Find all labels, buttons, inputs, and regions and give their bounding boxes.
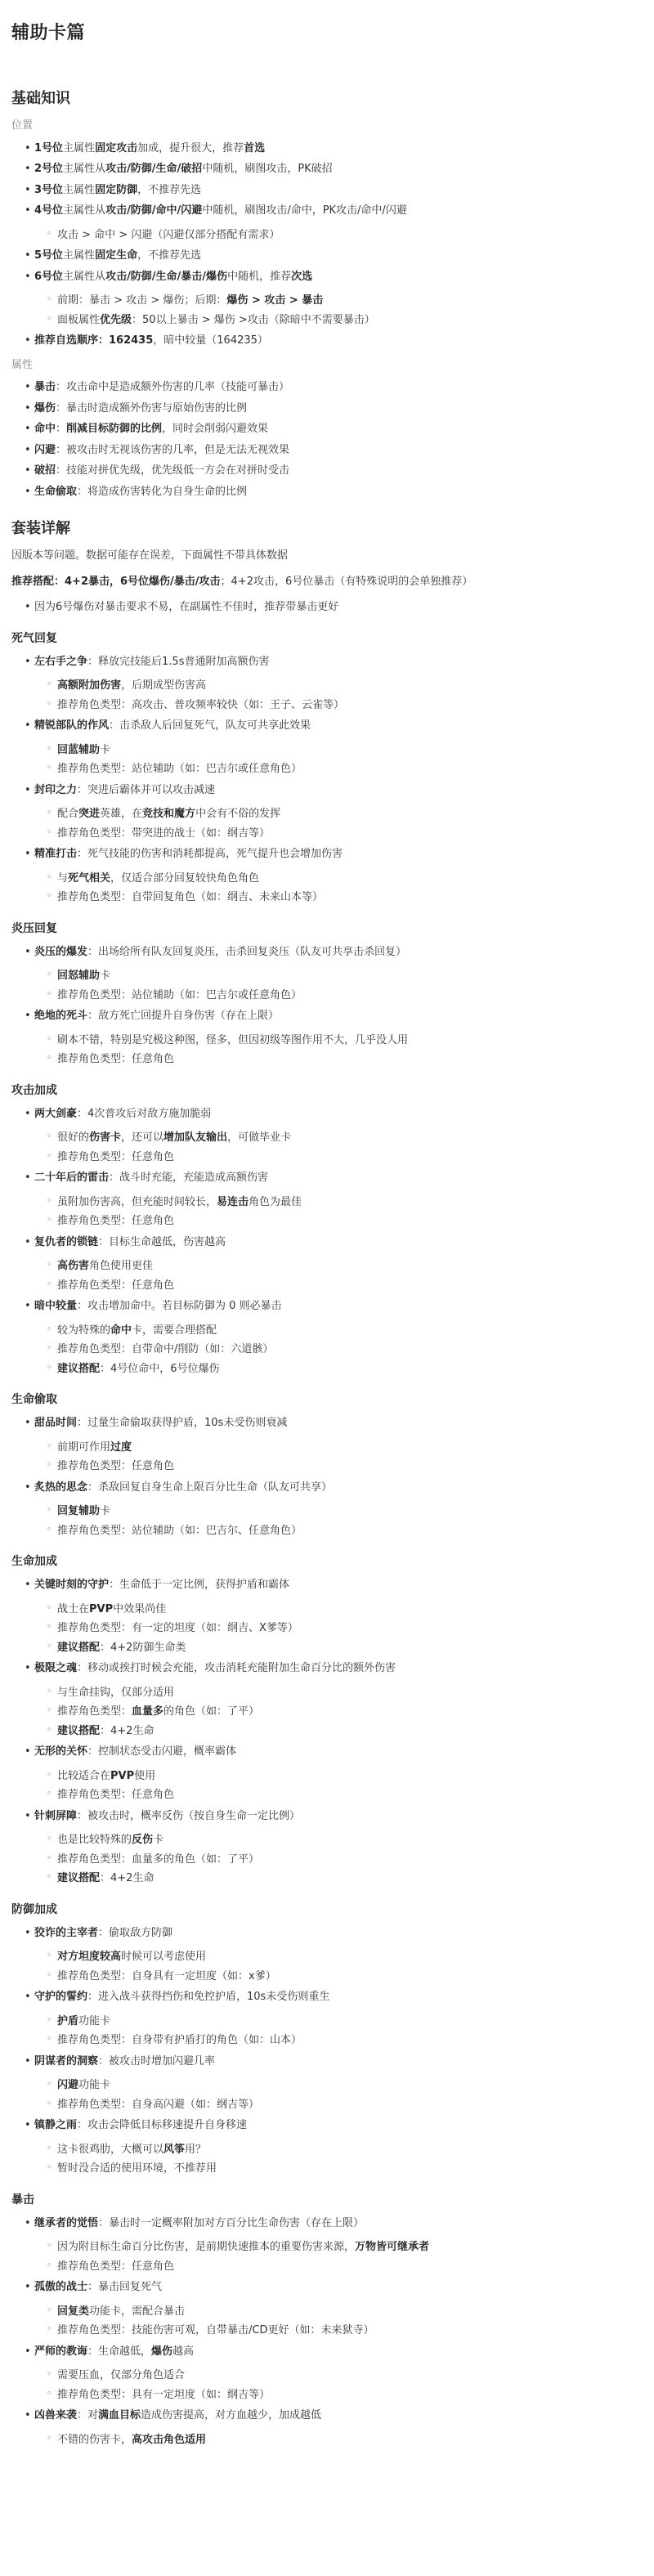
text: 推荐角色类型：任意角色 (57, 1215, 174, 1227)
list-item-text: 炎压的爆发：出场给所有队友回复炎压，击杀回复炎压（队友可共享击杀回复） (34, 946, 406, 958)
circle-bullet-icon: ◦ (47, 1949, 52, 1963)
circle-bullet-icon: ◦ (47, 2142, 52, 2156)
bullet-icon: • (25, 2054, 31, 2070)
bullet-icon: • (25, 782, 31, 799)
text: ：生命低于一定比例，获得护盾和霸体 (109, 1579, 289, 1591)
list-item-text: 6号位主属性从攻击/防御/生命/暴击/爆伤中随机，推荐次选 (34, 271, 312, 283)
list-item: •爆伤：暴击时造成额外伤害与原始伤害的比例 (34, 401, 643, 417)
circle-bullet-icon: ◦ (47, 1787, 52, 1801)
list-item-text: 绝地的死斗：敌方死亡回提升自身伤害（存在上限） (34, 1010, 279, 1022)
bullet-icon: • (25, 141, 31, 157)
circle-bullet-icon: ◦ (47, 1033, 52, 1046)
circle-bullet-icon: ◦ (47, 2387, 52, 2401)
sub-list-item: ◦推荐角色类型：任意角色 (57, 1149, 643, 1166)
sub-list-item-text: 推荐角色类型：任意角色 (57, 1460, 174, 1472)
text: 战士在 (57, 1603, 89, 1615)
bold-text: 左右手之争 (34, 656, 87, 668)
circle-bullet-icon: ◦ (47, 1458, 52, 1472)
circle-bullet-icon: ◦ (47, 1503, 52, 1517)
bullet-icon: • (25, 1660, 31, 1677)
text: 卡 (100, 970, 110, 982)
bullet-list: •左右手之争：释放完技能后1.5s普通附加高额伤害◦高额附加伤害，后期成型伤害高… (11, 654, 643, 906)
circle-bullet-icon: ◦ (47, 312, 52, 326)
sub-list-item-text: 对方坦度较高时候可以考虑使用 (57, 1951, 206, 1963)
circle-bullet-icon: ◦ (47, 1685, 52, 1699)
bullet-icon: • (25, 379, 31, 396)
circle-bullet-icon: ◦ (47, 2239, 52, 2253)
text: ，暗中较量（164235） (153, 334, 268, 347)
list-item-text: 精锐部队的作风：击杀敌人后回复死气，队友可共享此效果 (34, 719, 311, 732)
text: 很好的 (57, 1131, 89, 1144)
bold-text: 护盾 (57, 2015, 78, 2027)
list-item-text: 镇静之雨：攻击会降低目标移速提升自身移速 (34, 2119, 247, 2131)
list-item: •暗中较量：攻击增加命中。若目标防御为 0 则必暴击◦较为特殊的命中卡，需要合理… (34, 1298, 643, 1377)
subsection-heading: 生命偷取 (11, 1391, 643, 1409)
bold-text: 精锐部队的作风 (34, 719, 109, 732)
sub-list-item: ◦刷本不错，特别是究极这种图，怪多，但因初级等图作用不大，几乎没人用 (57, 1033, 643, 1049)
sub-list: ◦回复辅助卡◦推荐角色类型：站位辅助（如：巴吉尔、任意角色） (34, 1503, 643, 1539)
bold-text: 易连击 (217, 1196, 249, 1208)
bullet-icon: • (25, 1415, 31, 1431)
text: 推荐角色类型：自身具有一定坦度（如：x爹） (57, 1970, 276, 1982)
sub-list-item: ◦回蓝辅助卡 (57, 742, 643, 759)
bold-text: 爆伤 (34, 402, 56, 414)
bold-text: 建议搭配 (57, 1725, 100, 1737)
subsection-heading: 生命加成 (11, 1553, 643, 1570)
sub-list-item-text: 不错的伤害卡，高攻击角色适用 (57, 2434, 206, 2446)
bullet-icon: • (25, 1234, 31, 1251)
sub-list-item-text: 回复辅助卡 (57, 1505, 110, 1517)
text: 主属性 (63, 249, 95, 262)
bold-text: 继承者的觉悟 (34, 2217, 98, 2229)
text: 中随机，推荐 (227, 271, 291, 283)
subsection-heading: 攻击加成 (11, 1082, 643, 1100)
circle-bullet-icon: ◦ (47, 2259, 52, 2273)
bold-text: 封印之力 (34, 784, 77, 796)
circle-bullet-icon: ◦ (47, 697, 52, 711)
bullet-list: •继承者的觉悟：暴击时一定概率附加对方百分比生命伤害（存在上限）◦因为附目标生命… (11, 2215, 643, 2448)
list-item-text: 1号位主属性固定攻击加成，提升很大，推荐首选 (34, 142, 265, 155)
sub-list-item-text: 推荐角色类型：任意角色 (57, 1151, 174, 1163)
text: 前期：暴击 > 攻击 > 爆伤；后期： (57, 294, 226, 307)
bold-text: 两大剑豪 (34, 1108, 77, 1120)
sub-list-item: ◦暂时没合适的使用环境，不推荐用 (57, 2161, 643, 2177)
list-item: •炙热的思念：杀敌回复自身生命上限百分比生命（队友可共享）◦回复辅助卡◦推荐角色… (34, 1480, 643, 1539)
text: ：4次普攻后对敌方施加脆弱 (77, 1108, 211, 1120)
text: 主属性从 (63, 271, 105, 283)
circle-bullet-icon: ◦ (47, 1620, 52, 1634)
sub-list: ◦护盾功能卡◦推荐角色类型：自身带有护盾打的角色（如：山本） (34, 2014, 643, 2049)
bullet-icon: • (25, 846, 31, 862)
list-item: •甜品时间：过量生命偷取获得护盾，10s未受伤则衰减◦前期可作用过度◦推荐角色类… (34, 1415, 643, 1475)
text: 中随机，刷图攻击/命中，PK攻击/命中/闪避 (202, 204, 407, 217)
list-item-text: 精准打击：死气技能的伤害和消耗都提高，死气提升也会增加伤害 (34, 848, 343, 860)
circle-bullet-icon: ◦ (47, 1051, 52, 1065)
sub-list-item-text: 推荐角色类型：高攻击、普攻频率较快（如：王子、云雀等） (57, 699, 344, 711)
bullet-icon: • (25, 1298, 31, 1315)
paragraph: 因版本等问题。数据可能存在误差，下面属性不带具体数据 (11, 548, 643, 564)
list-item-text: 推荐自选顺序：162435，暗中较量（164235） (34, 334, 268, 347)
sub-list-item: ◦推荐角色类型：自带回复角色（如：纲吉、未来山本等） (57, 889, 643, 906)
page-title: 辅助卡篇 (11, 20, 643, 47)
bullet-icon: • (25, 599, 31, 616)
list-item-text: 无形的关怀：控制状态受击闪避，概率霸体 (34, 1745, 236, 1758)
bold-text: 复仇者的锁链 (34, 1236, 98, 1248)
list-item: •无形的关怀：控制状态受击闪避，概率霸体◦比较适合在PVP使用◦推荐角色类型：任… (34, 1744, 643, 1803)
bullet-list: •因为6号爆伤对暴击要求不易，在副属性不佳时，推荐带暴击更好 (11, 599, 643, 616)
sub-list-item-text: 很好的伤害卡，还可以增加队友输出，可做毕业卡 (57, 1131, 291, 1144)
text: 也是比较特殊的 (57, 1834, 132, 1846)
text: 时候可以考虑使用 (121, 1951, 206, 1963)
bullet-icon: • (25, 944, 31, 961)
sub-list-item-text: 建议搭配：4+2防御生命类 (57, 1642, 186, 1654)
list-item: •3号位主属性固定防御，不推荐先选 (34, 182, 643, 199)
list-item-text: 复仇者的锁链：目标生命越低，伤害越高 (34, 1236, 226, 1248)
sub-list-item: ◦推荐角色类型：具有一定坦度（如：纲吉等） (57, 2387, 643, 2404)
sub-list-item-text: 比较适合在PVP使用 (57, 1770, 155, 1782)
bold-text: 高攻击角色适用 (132, 2434, 206, 2446)
text: ：将造成伤害转化为自身生命的比例 (77, 486, 247, 498)
sub-list-item: ◦推荐角色类型：任意角色 (57, 1278, 643, 1294)
sub-list-item: ◦这卡很鸡肋，大概可以风筝用？ (57, 2142, 643, 2158)
sub-list: ◦回怒辅助卡◦推荐角色类型：站位辅助（如：巴吉尔或任意角色） (34, 968, 643, 1003)
sub-list-item: ◦也是比较特殊的反伤卡 (57, 1832, 643, 1848)
text: ：战斗时充能，充能造成高额伤害 (109, 1172, 268, 1184)
text: 功能卡 (78, 2079, 110, 2091)
sub-list-item-text: 推荐角色类型：自身带有护盾打的角色（如：山本） (57, 2034, 302, 2046)
bold-text: 暴击 (34, 381, 56, 393)
sub-list-item-text: 回怒辅助卡 (57, 970, 110, 982)
group-label: 属性 (11, 357, 643, 374)
list-item: •凶兽来袭：对满血目标造成伤害提高，对方血越少，加成越低◦不错的伤害卡，高攻击角… (34, 2408, 643, 2448)
list-item: •两大剑豪：4次普攻后对敌方施加脆弱◦很好的伤害卡，还可以增加队友输出，可做毕业… (34, 1106, 643, 1166)
bold-text: 回怒辅助 (57, 970, 100, 982)
bullet-icon: • (25, 2117, 31, 2134)
text: ：被攻击时无视该伤害的几率，但是无法无视效果 (56, 444, 289, 456)
text: ：突进后霸体并可以攻击减速 (77, 784, 215, 796)
sub-list-item: ◦推荐角色类型：血量多的角色（如：了平） (57, 1704, 643, 1720)
list-item: •封印之力：突进后霸体并可以攻击减速◦配合突进英雄，在竞技和魔方中会有不俗的发挥… (34, 782, 643, 842)
bold-text: 建议搭配 (57, 1642, 100, 1654)
list-item-text: 炙热的思念：杀敌回复自身生命上限百分比生命（队友可共享） (34, 1481, 332, 1494)
circle-bullet-icon: ◦ (47, 1969, 52, 1982)
bullet-icon: • (25, 1808, 31, 1825)
sub-list-item-text: 推荐角色类型：具有一定坦度（如：纲吉等） (57, 2389, 270, 2401)
circle-bullet-icon: ◦ (47, 2323, 52, 2336)
list-item: •6号位主属性从攻击/防御/生命/暴击/爆伤中随机，推荐次选◦前期：暴击 > 攻… (34, 269, 643, 329)
circle-bullet-icon: ◦ (47, 678, 52, 692)
sub-list-item: ◦建议搭配：4+2生命 (57, 1723, 643, 1740)
text: ：移动或挨打时候会充能，攻击消耗充能附加生命百分比的额外伤害 (77, 1662, 396, 1674)
list-item: •生命偷取：将造成伤害转化为自身生命的比例 (34, 484, 643, 500)
sub-list-item: ◦前期可作用过度 (57, 1440, 643, 1456)
sub-list-item-text: 推荐角色类型：血量多的角色（如：了平） (57, 1853, 259, 1866)
bullet-icon: • (25, 269, 31, 285)
bullet-icon: • (25, 333, 31, 349)
circle-bullet-icon: ◦ (47, 871, 52, 885)
bullet-icon: • (25, 718, 31, 734)
text: ，后期成型伤害高 (121, 679, 206, 692)
text: 中随机，刷图攻击，PK破招 (202, 163, 332, 175)
sub-list-item: ◦推荐角色类型：自身具有一定坦度（如：x爹） (57, 1969, 643, 1985)
text: ；4+2攻击，6号位暴击（有特殊说明的会单独推荐） (221, 576, 473, 588)
sub-list-item: ◦推荐角色类型：站位辅助（如：巴吉尔、任意角色） (57, 1523, 643, 1539)
bullet-list: •甜品时间：过量生命偷取获得护盾，10s未受伤则衰减◦前期可作用过度◦推荐角色类… (11, 1415, 643, 1539)
bold-text: 削减目标防御的比例 (66, 423, 162, 435)
paragraph: 推荐搭配：4+2暴击，6号位爆伤/暴击/攻击；4+2攻击，6号位暴击（有特殊说明… (11, 574, 643, 590)
bullet-icon: • (25, 1008, 31, 1024)
sub-list: ◦配合突进英雄，在竞技和魔方中会有不俗的发挥◦推荐角色类型：带突进的战士（如：纲… (34, 806, 643, 841)
text: 主属性 (63, 184, 95, 196)
circle-bullet-icon: ◦ (47, 2432, 52, 2446)
text: 推荐角色类型：技能伤害可观，自带暴击/CD更好（如：未来狱寺） (57, 2324, 374, 2336)
sub-list-item-text: 配合突进英雄，在竞技和魔方中会有不俗的发挥 (57, 808, 280, 820)
text: 推荐角色类型：带突进的战士（如：纲吉等） (57, 827, 270, 840)
bold-text: 满血目标 (98, 2409, 141, 2421)
text: ，不推荐先选 (137, 184, 201, 196)
bold-text: 命中 (34, 423, 56, 435)
circle-bullet-icon: ◦ (47, 761, 52, 775)
bullet-list: •1号位主属性固定攻击加成，提升很大，推荐首选•2号位主属性从攻击/防御/生命/… (11, 141, 643, 349)
text: 推荐角色类型： (57, 1705, 132, 1718)
text: ：敌方死亡回提升自身伤害（存在上限） (87, 1010, 279, 1022)
bullet-list: •炎压的爆发：出场给所有队友回复炎压，击杀回复炎压（队友可共享击杀回复）◦回怒辅… (11, 944, 643, 1068)
bullet-icon: • (25, 1106, 31, 1122)
circle-bullet-icon: ◦ (47, 1723, 52, 1737)
sub-list-item: ◦较为特殊的命中卡，需要合理搭配 (57, 1323, 643, 1339)
circle-bullet-icon: ◦ (47, 2032, 52, 2046)
sub-list-item-text: 前期：暴击 > 攻击 > 爆伤；后期：爆伤 > 攻击 > 暴击 (57, 294, 323, 307)
list-item-text: 破招：技能对拼优先级，优先级低一方会在对拼时受击 (34, 464, 289, 477)
bold-text: 闪避 (57, 2079, 78, 2091)
list-item-text: 2号位主属性从攻击/防御/生命/破招中随机，刷图攻击，PK破招 (34, 163, 333, 175)
bold-text: 无形的关怀 (34, 1745, 87, 1758)
text: 推荐角色类型：具有一定坦度（如：纲吉等） (57, 2389, 270, 2401)
bold-text: 破招 (34, 464, 56, 477)
list-item-text: 针刺屏障：被攻击时，概率反伤（按自身生命一定比例） (34, 1810, 300, 1822)
sub-list-item: ◦建议搭配：4+2防御生命类 (57, 1640, 643, 1656)
bold-text: 回复辅助 (57, 1505, 100, 1517)
bold-text: 回复类 (57, 2305, 89, 2318)
group-label: 位置 (11, 118, 643, 134)
sub-list-item-text: 与死气相关，仅适合部分回复较快角色角色 (57, 872, 259, 885)
sub-list: ◦与死气相关，仅适合部分回复较快角色角色◦推荐角色类型：自带回复角色（如：纲吉、… (34, 871, 643, 906)
sub-list-item: ◦回怒辅助卡 (57, 968, 643, 984)
sub-list-item-text: 建议搭配：4+2生命 (57, 1725, 154, 1737)
bold-text: 精准打击 (34, 848, 77, 860)
circle-bullet-icon: ◦ (47, 988, 52, 1001)
text: 越高 (172, 2345, 194, 2358)
bold-text: 血量多 (132, 1705, 163, 1718)
circle-bullet-icon: ◦ (47, 1194, 52, 1208)
sub-list-item-text: 建议搭配：4+2生命 (57, 1872, 154, 1884)
sub-list-item-text: 推荐角色类型：自带回复角色（如：纲吉、未来山本等） (57, 891, 323, 903)
list-item-text: 暗中较量：攻击增加命中。若目标防御为 0 则必暴击 (34, 1300, 282, 1312)
text: 推荐角色类型：任意角色 (57, 1053, 174, 1065)
text: 功能卡，需配合暴击 (89, 2305, 185, 2318)
bold-text: 建议搭配 (57, 1872, 100, 1884)
sub-list: ◦前期可作用过度◦推荐角色类型：任意角色 (34, 1440, 643, 1475)
text: ：暴击回复死气 (87, 2281, 162, 2293)
subsection-heading: 防御加成 (11, 1902, 643, 1919)
text: ：进入战斗获得挡伤和免控护盾，10s未受伤则重生 (87, 1991, 329, 2003)
text: ：释放完技能后1.5s普通附加高额伤害 (87, 656, 269, 668)
bold-text: 攻击/防御/生命/暴击/爆伤 (105, 271, 227, 283)
bold-text: 镇静之雨 (34, 2119, 77, 2131)
sub-list-item: ◦因为附目标生命百分比伤害，是前期快速推本的重要伤害来源，万物皆可继承者 (57, 2239, 643, 2256)
bold-text: 优先级 (100, 314, 132, 326)
list-item-text: 因为6号爆伤对暴击要求不易，在副属性不佳时，推荐带暴击更好 (34, 601, 338, 613)
sub-list-item-text: 回复类功能卡，需配合暴击 (57, 2305, 185, 2318)
sub-list-item: ◦面板属性优先级：50以上暴击 > 爆伤 >攻击（除暗中不需要暴击） (57, 312, 643, 329)
sub-list-item: ◦对方坦度较高时候可以考虑使用 (57, 1949, 643, 1965)
text: 推荐角色类型：任意角色 (57, 1460, 174, 1472)
list-item: •推荐自选顺序：162435，暗中较量（164235） (34, 333, 643, 349)
sub-list-item-text: 与生命挂钩，仅部分适用 (57, 1687, 174, 1699)
list-item: •破招：技能对拼优先级，优先级低一方会在对拼时受击 (34, 463, 643, 479)
circle-bullet-icon: ◦ (47, 1640, 52, 1654)
list-item-text: 闪避：被攻击时无视该伤害的几率，但是无法无视效果 (34, 444, 289, 456)
list-item: •复仇者的锁链：目标生命越低，伤害越高◦高伤害角色使用更佳◦推荐角色类型：任意角… (34, 1234, 643, 1294)
sub-list-item-text: 战士在PVP中效果尚佳 (57, 1603, 166, 1615)
circle-bullet-icon: ◦ (47, 1852, 52, 1866)
bold-text: 甜品时间 (34, 1417, 77, 1429)
sub-list-item: ◦推荐角色类型：血量多的角色（如：了平） (57, 1852, 643, 1868)
bold-text: 固定防御 (95, 184, 137, 196)
text: 推荐角色类型：自带回复角色（如：纲吉、未来山本等） (57, 891, 323, 903)
bullet-list: •暴击：攻击命中是造成额外伤害的几率（技能可暴击）•爆伤：暴击时造成额外伤害与原… (11, 379, 643, 500)
bold-text: 固定生命 (95, 249, 137, 262)
sub-list: ◦高伤害角色使用更佳◦推荐角色类型：任意角色 (34, 1258, 643, 1293)
text: 功能卡 (78, 2015, 110, 2027)
list-item-text: 爆伤：暴击时造成额外伤害与原始伤害的比例 (34, 402, 247, 414)
sub-list-item-text: 推荐角色类型：血量多的角色（如：了平） (57, 1705, 259, 1718)
text: ：4+2生命 (100, 1872, 154, 1884)
sub-list: ◦战士在PVP中效果尚佳◦推荐角色类型：有一定的坦度（如：纲吉、X爹等）◦建议搭… (34, 1602, 643, 1656)
text: 暂时没合适的使用环境，不推荐用 (57, 2162, 217, 2175)
sub-list-item-text: 推荐角色类型：站位辅助（如：巴吉尔或任意角色） (57, 763, 302, 775)
subsection-heading: 死气回复 (11, 630, 643, 647)
sub-list-item-text: 推荐角色类型：自带命中/削防（如：六道骸） (57, 1343, 273, 1355)
text: ：过量生命偷取获得护盾，10s未受伤则衰减 (77, 1417, 287, 1429)
circle-bullet-icon: ◦ (47, 1213, 52, 1227)
text: 前期可作用 (57, 1441, 110, 1454)
text: ：4+2防御生命类 (100, 1642, 186, 1654)
text: 虽附加伤害高，但充能时间较长， (57, 1196, 217, 1208)
bullet-icon: • (25, 2408, 31, 2424)
text: 卡 (153, 1834, 163, 1846)
list-item: •精锐部队的作风：击杀敌人后回复死气，队友可共享此效果◦回蓝辅助卡◦推荐角色类型… (34, 718, 643, 777)
text: 主属性从 (63, 204, 105, 217)
article-body: 基础知识位置•1号位主属性固定攻击加成，提升很大，推荐首选•2号位主属性从攻击/… (11, 87, 643, 2448)
sub-list-item: ◦推荐角色类型：自身高闪避（如：纲吉等） (57, 2097, 643, 2113)
sub-list: ◦与生命挂钩，仅部分适用◦推荐角色类型：血量多的角色（如：了平）◦建议搭配：4+… (34, 1685, 643, 1740)
text: 攻击 > 命中 > 闪避（闪避仅部分搭配有需求） (57, 229, 280, 241)
bold-text: 万物皆可继承者 (355, 2241, 429, 2253)
sub-list-item-text: 建议搭配：4号位命中，6号位爆伤 (57, 1363, 220, 1375)
list-item-text: 5号位主属性固定生命，不推荐先选 (34, 249, 201, 262)
sub-list: ◦回蓝辅助卡◦推荐角色类型：站位辅助（如：巴吉尔或任意角色） (34, 742, 643, 777)
list-item: •2号位主属性从攻击/防御/生命/破招中随机，刷图攻击，PK破招 (34, 161, 643, 177)
sub-list-item: ◦闪避功能卡 (57, 2077, 643, 2094)
bullet-list: •关键时刻的守护：生命低于一定比例，获得护盾和霸体◦战士在PVP中效果尚佳◦推荐… (11, 1577, 643, 1887)
list-item-text: 封印之力：突进后霸体并可以攻击减速 (34, 784, 215, 796)
subsection-heading: 炎压回复 (11, 921, 643, 938)
text: ：50以上暴击 > 爆伤 >攻击（除暗中不需要暴击） (132, 314, 375, 326)
sub-list-item-text: 高伤害角色使用更佳 (57, 1260, 153, 1272)
text: ：攻击增加命中。若目标防御为 0 则必暴击 (77, 1300, 282, 1312)
bold-text: 孤傲的战士 (34, 2281, 87, 2293)
list-item-text: 孤傲的战士：暴击回复死气 (34, 2281, 162, 2293)
text: ： (56, 423, 66, 435)
sub-list-item: ◦很好的伤害卡，还可以增加队友输出，可做毕业卡 (57, 1130, 643, 1146)
bullet-icon: • (25, 2215, 31, 2232)
text: 推荐角色类型：站位辅助（如：巴吉尔或任意角色） (57, 763, 302, 775)
circle-bullet-icon: ◦ (47, 742, 52, 756)
bullet-list: •狡诈的主宰者：偷取敌方防御◦对方坦度较高时候可以考虑使用◦推荐角色类型：自身具… (11, 1925, 643, 2177)
circle-bullet-icon: ◦ (47, 2304, 52, 2318)
sub-list-item: ◦高额附加伤害，后期成型伤害高 (57, 678, 643, 694)
list-item-text: 继承者的觉悟：暴击时一定概率附加对方百分比生命伤害（存在上限） (34, 2217, 364, 2229)
circle-bullet-icon: ◦ (47, 1768, 52, 1782)
circle-bullet-icon: ◦ (47, 889, 52, 903)
text: 较为特殊的 (57, 1324, 110, 1337)
sub-list-item-text: 回蓝辅助卡 (57, 744, 110, 756)
circle-bullet-icon: ◦ (47, 1149, 52, 1163)
bold-text: 1号位 (34, 142, 63, 155)
bold-text: 首选 (244, 142, 265, 155)
circle-bullet-icon: ◦ (47, 293, 52, 307)
sub-list-item-text: 推荐角色类型：站位辅助（如：巴吉尔或任意角色） (57, 989, 302, 1001)
bullet-icon: • (25, 401, 31, 417)
circle-bullet-icon: ◦ (47, 1361, 52, 1375)
bold-text: 攻击/防御/命中/闪避 (105, 204, 202, 217)
circle-bullet-icon: ◦ (47, 1440, 52, 1454)
text: 加成，提升很大，推荐 (137, 142, 244, 155)
list-item-text: 二十年后的雷击：战斗时充能，充能造成高额伤害 (34, 1172, 268, 1184)
bold-text: 生命偷取 (34, 486, 77, 498)
sub-list-item: ◦推荐角色类型：自带命中/削防（如：六道骸） (57, 1342, 643, 1358)
bold-text: 固定攻击 (95, 142, 137, 155)
list-item: •1号位主属性固定攻击加成，提升很大，推荐首选 (34, 141, 643, 157)
bullet-icon: • (25, 484, 31, 500)
text: 推荐角色类型：自带命中/削防（如：六道骸） (57, 1343, 273, 1355)
text: 推荐角色类型：有一定的坦度（如：纲吉、X爹等） (57, 1622, 298, 1634)
text: 角色使用更佳 (89, 1260, 153, 1272)
bullet-icon: • (25, 1577, 31, 1593)
list-item: •极限之魂：移动或挨打时候会充能，攻击消耗充能附加生命百分比的额外伤害◦与生命挂… (34, 1660, 643, 1739)
bold-text: PVP (110, 1770, 134, 1782)
bullet-list: •两大剑豪：4次普攻后对敌方施加脆弱◦很好的伤害卡，还可以增加队友输出，可做毕业… (11, 1106, 643, 1378)
sub-list-item-text: 面板属性优先级：50以上暴击 > 爆伤 >攻击（除暗中不需要暴击） (57, 314, 375, 326)
text: 因为附目标生命百分比伤害，是前期快速推本的重要伤害来源， (57, 2241, 355, 2253)
list-item-text: 甜品时间：过量生命偷取获得护盾，10s未受伤则衰减 (34, 1417, 287, 1429)
sub-list-item: ◦配合突进英雄，在竞技和魔方中会有不俗的发挥 (57, 806, 643, 822)
bold-text: 严师的教诲 (34, 2345, 87, 2358)
bold-text: PVP (89, 1603, 113, 1615)
text: 推荐角色类型：自身带有护盾打的角色（如：山本） (57, 2034, 302, 2046)
list-item-text: 严师的教诲：生命越低，爆伤越高 (34, 2345, 194, 2358)
circle-bullet-icon: ◦ (47, 1258, 52, 1272)
circle-bullet-icon: ◦ (47, 2368, 52, 2381)
text: 面板属性 (57, 314, 100, 326)
text: 刷本不错，特别是究极这种图，怪多，但因初级等图作用不大，几乎没人用 (57, 1034, 408, 1046)
list-item-text: 阴谋者的洞察：被攻击时增加闪避几率 (34, 2055, 215, 2068)
circle-bullet-icon: ◦ (47, 2161, 52, 2175)
bullet-icon: • (25, 1170, 31, 1186)
text: ：攻击命中是造成额外伤害的几率（技能可暴击） (56, 381, 289, 393)
bold-text: 推荐搭配：4+2暴击，6号位爆伤/暴击/攻击 (11, 576, 221, 588)
